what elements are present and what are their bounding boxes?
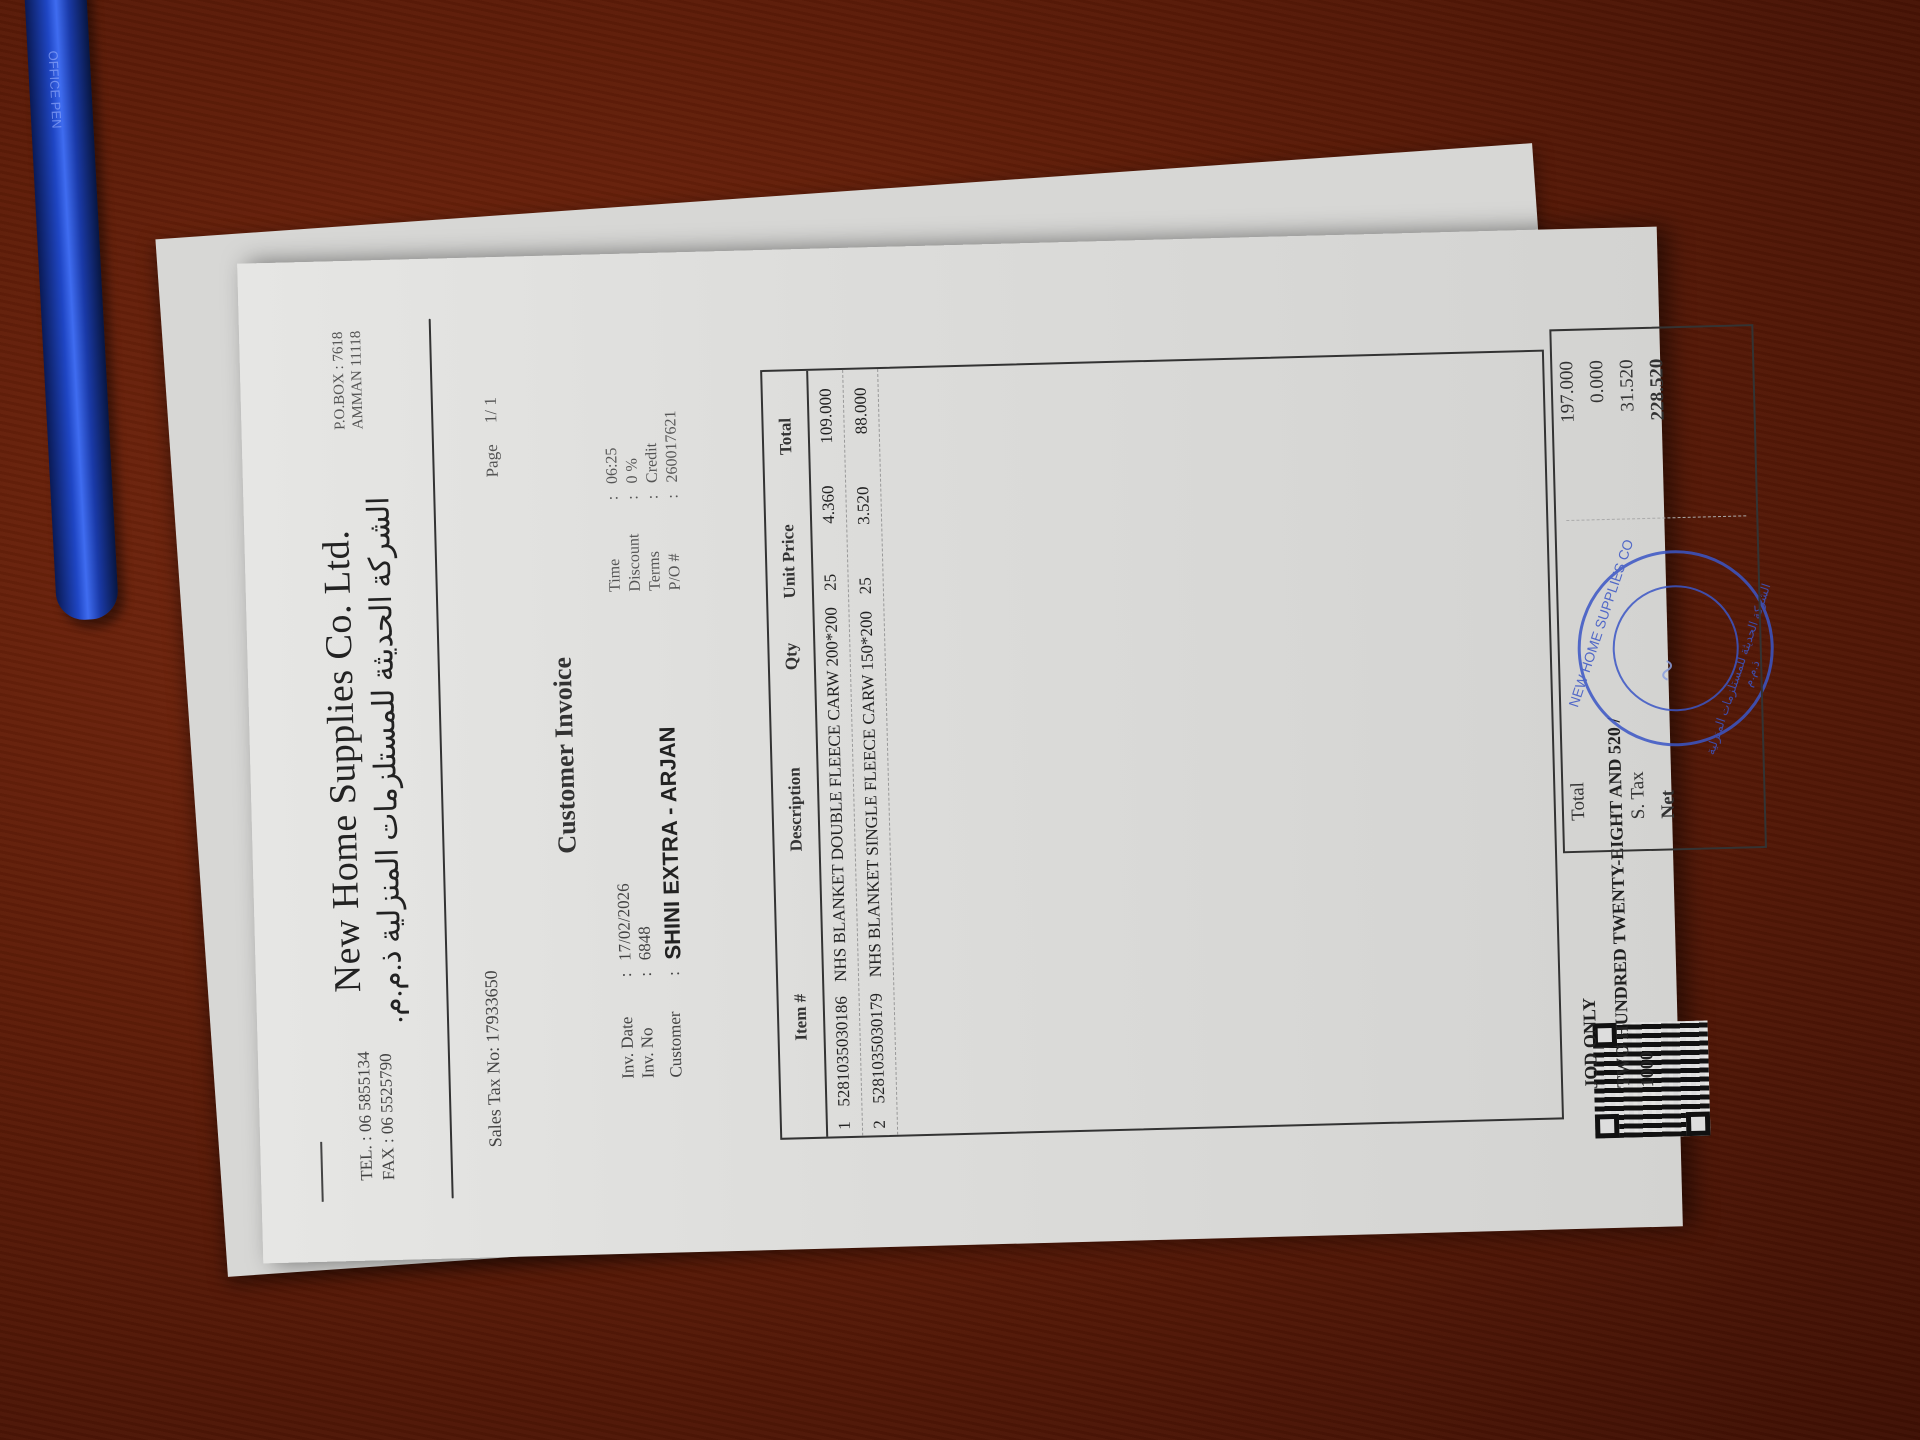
header-item: Item # bbox=[789, 927, 814, 1107]
page-label: Page bbox=[482, 444, 502, 478]
header-description: Description bbox=[783, 691, 809, 927]
header-top-rule bbox=[320, 1142, 324, 1202]
page-number: Page 1/ 1 bbox=[481, 397, 503, 478]
header-rule bbox=[429, 319, 454, 1199]
city: AMMAN 11118 bbox=[347, 330, 368, 429]
header-unit-price: Unit Price bbox=[778, 501, 801, 621]
pen-label: OFFICE PEN bbox=[45, 50, 64, 129]
sales-tax-number: Sales Tax No: 17933650 bbox=[481, 970, 507, 1147]
page-value: 1/ 1 bbox=[481, 397, 501, 423]
invoice-meta-left: Inv. Date : 17/02/2026 Inv. No : 6848 Cu… bbox=[609, 726, 686, 1079]
invoice-meta-right: Time : 06:25 Discount : 0 % Terms : Cred… bbox=[599, 342, 685, 592]
line-items-table: Item # Description Qty Unit Price Total … bbox=[760, 350, 1564, 1140]
header-total: Total bbox=[774, 371, 797, 501]
header-qty: Qty bbox=[781, 621, 803, 691]
invoice-paper: TEL. : 06 5855134 FAX : 06 5525790 New H… bbox=[237, 227, 1683, 1264]
po-box: P.O.BOX : 7618 AMMAN 11118 bbox=[329, 330, 368, 430]
totals-box: Total 197.000 0.000 S. Tax 31.520 Net 22… bbox=[1549, 324, 1767, 853]
invoice-title: Customer Invoice bbox=[537, 255, 593, 1255]
meta-customer: Customer : SHINI EXTRA - ARJAN bbox=[657, 726, 686, 1077]
customer-name: SHINI EXTRA - ARJAN bbox=[657, 726, 683, 960]
